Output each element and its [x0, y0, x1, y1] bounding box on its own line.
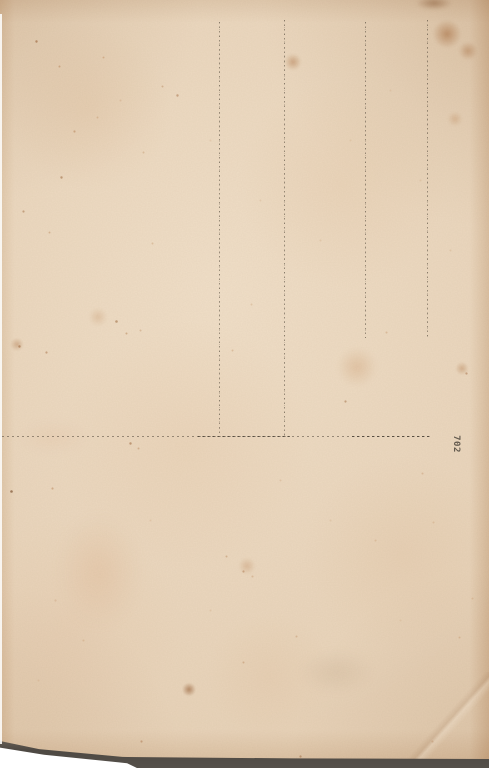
- postcard-back-paper: [0, 0, 489, 768]
- postcard-scan: 702: [0, 0, 489, 768]
